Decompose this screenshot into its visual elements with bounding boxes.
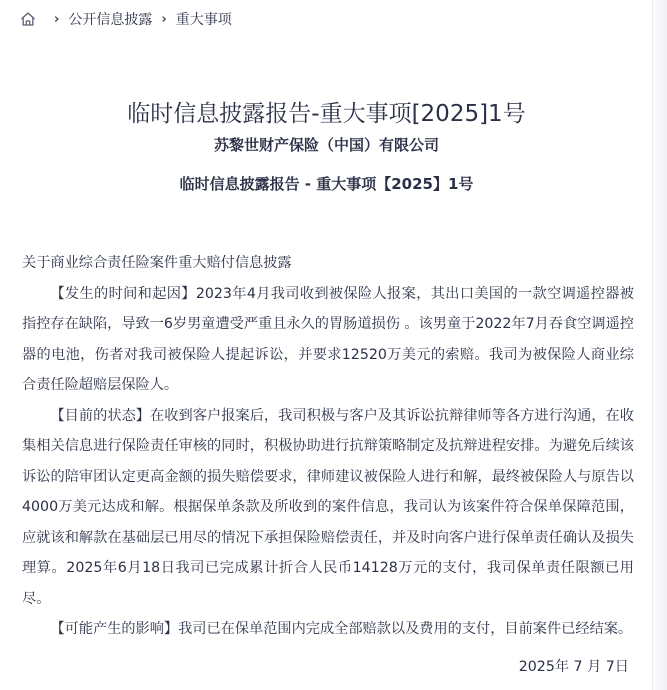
- document-body: 关于商业综合责任险案件重大赔付信息披露 【发生的时间和起因】2023年4月我司收…: [22, 248, 634, 645]
- paragraph-current-status: 【目前的状态】在收到客户报案后，我司积极与客户及其诉讼抗辩律师等各方进行沟通，在…: [22, 401, 634, 615]
- paragraph-possible-impact: 【可能产生的影响】我司已在保单范围内完成全部赔款以及费用的支付，目前案件已经结案…: [22, 614, 634, 645]
- report-subtitle: 临时信息披露报告 - 重大事项【2025】1号: [0, 173, 653, 194]
- paragraph-text: 我司已在保单范围内完成全部赔款以及费用的支付，目前案件已经结案。: [178, 621, 632, 637]
- company-name: 苏黎世财产保险（中国）有限公司: [0, 134, 653, 155]
- intro-line: 关于商业综合责任险案件重大赔付信息披露: [22, 248, 634, 279]
- paragraph-heading: 【目前的状态】: [50, 408, 150, 424]
- paragraph-occurrence: 【发生的时间和起因】2023年4月我司收到被保险人报案，其出口美国的一款空调遥控…: [22, 279, 634, 401]
- page-right-edge: [652, 0, 667, 690]
- chevron-right-icon: ›: [54, 12, 59, 27]
- paragraph-text: 在收到客户报案后，我司积极与客户及其诉讼抗辩律师等各方进行沟通，在收集相关信息进…: [22, 408, 634, 607]
- breadcrumb-item-major-matters[interactable]: 重大事项: [176, 9, 232, 29]
- chevron-right-icon: ›: [161, 12, 166, 27]
- paragraph-heading: 【可能产生的影响】: [50, 621, 178, 637]
- breadcrumb-item-public-disclosure[interactable]: 公开信息披露: [68, 9, 152, 29]
- breadcrumb: › 公开信息披露 › 重大事项: [20, 6, 232, 32]
- page-title: 临时信息披露报告-重大事项[2025]1号: [0, 95, 653, 128]
- home-icon[interactable]: [20, 11, 36, 27]
- paragraph-heading: 【发生的时间和起因】: [50, 286, 195, 302]
- report-date: 2025年 7 月 7日: [519, 656, 629, 676]
